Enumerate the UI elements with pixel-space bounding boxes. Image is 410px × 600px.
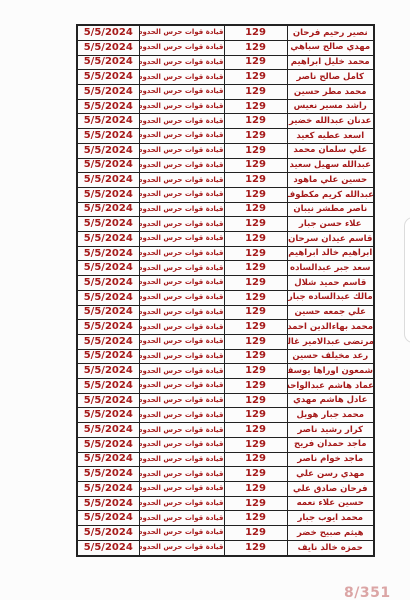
date-cell: 5/5/2024 <box>77 511 139 526</box>
date-cell: 5/5/2024 <box>77 467 139 482</box>
name-cell: علي جمعه حسين <box>287 305 374 320</box>
unit-cell: قيادة قوات حرس الحدود <box>139 540 224 556</box>
table-row: 5/5/2024 قيادة قوات حرس الحدود 129 عبدال… <box>77 158 374 173</box>
unit-cell: قيادة قوات حرس الحدود <box>139 379 224 394</box>
table-row: 5/5/2024 قيادة قوات حرس الحدود 129 محمد … <box>77 320 374 335</box>
name-cell: شمعون اوراها يوسف <box>287 364 374 379</box>
name-cell: محمد خليل ابراهيم <box>287 55 374 70</box>
table-row: 5/5/2024 قيادة قوات حرس الحدود 129 محمد … <box>77 84 374 99</box>
table-row: 5/5/2024 قيادة قوات حرس الحدود 129 علي س… <box>77 143 374 158</box>
number-cell: 129 <box>224 496 287 511</box>
unit-cell: قيادة قوات حرس الحدود <box>139 349 224 364</box>
table-row: 5/5/2024 قيادة قوات حرس الحدود 129 علي ج… <box>77 305 374 320</box>
date-cell: 5/5/2024 <box>77 55 139 70</box>
number-cell: 129 <box>224 261 287 276</box>
number-cell: 129 <box>224 526 287 541</box>
unit-cell: قيادة قوات حرس الحدود <box>139 393 224 408</box>
table-row: 5/5/2024 قيادة قوات حرس الحدود 129 ناصر … <box>77 202 374 217</box>
unit-cell: قيادة قوات حرس الحدود <box>139 437 224 452</box>
unit-cell: قيادة قوات حرس الحدود <box>139 143 224 158</box>
date-cell: 5/5/2024 <box>77 25 139 40</box>
table-row: 5/5/2024 قيادة قوات حرس الحدود 129 قاسم … <box>77 276 374 291</box>
date-cell: 5/5/2024 <box>77 158 139 173</box>
name-cell: محمد ايوب جبار <box>287 511 374 526</box>
table-row: 5/5/2024 قيادة قوات حرس الحدود 129 كامل … <box>77 70 374 85</box>
unit-cell: قيادة قوات حرس الحدود <box>139 261 224 276</box>
roster-body: 5/5/2024 قيادة قوات حرس الحدود 129 نصير … <box>77 25 374 556</box>
number-cell: 129 <box>224 25 287 40</box>
number-cell: 129 <box>224 187 287 202</box>
table-row: 5/5/2024 قيادة قوات حرس الحدود 129 قاسم … <box>77 232 374 247</box>
table-row: 5/5/2024 قيادة قوات حرس الحدود 129 مهدي … <box>77 40 374 55</box>
unit-cell: قيادة قوات حرس الحدود <box>139 408 224 423</box>
table-row: 5/5/2024 قيادة قوات حرس الحدود 129 حسين … <box>77 173 374 188</box>
number-cell: 129 <box>224 379 287 394</box>
number-cell: 129 <box>224 55 287 70</box>
unit-cell: قيادة قوات حرس الحدود <box>139 246 224 261</box>
unit-cell: قيادة قوات حرس الحدود <box>139 496 224 511</box>
date-cell: 5/5/2024 <box>77 84 139 99</box>
unit-cell: قيادة قوات حرس الحدود <box>139 99 224 114</box>
table-row: 5/5/2024 قيادة قوات حرس الحدود 129 حسين … <box>77 496 374 511</box>
name-cell: محمد مطر حسين <box>287 84 374 99</box>
table-row: 5/5/2024 قيادة قوات حرس الحدود 129 محمد … <box>77 511 374 526</box>
name-cell: محمد بهاءالدين احمد <box>287 320 374 335</box>
table-row: 5/5/2024 قيادة قوات حرس الحدود 129 نصير … <box>77 25 374 40</box>
name-cell: قاسم عيدان سرحان <box>287 232 374 247</box>
name-cell: هيثم صبيح خضر <box>287 526 374 541</box>
unit-cell: قيادة قوات حرس الحدود <box>139 334 224 349</box>
name-cell: فرحان صادق علي <box>287 481 374 496</box>
unit-cell: قيادة قوات حرس الحدود <box>139 364 224 379</box>
date-cell: 5/5/2024 <box>77 437 139 452</box>
name-cell: ماجد خوام ناصر <box>287 452 374 467</box>
table-row: 5/5/2024 قيادة قوات حرس الحدود 129 راشد … <box>77 99 374 114</box>
table-row: 5/5/2024 قيادة قوات حرس الحدود 129 ماجد … <box>77 452 374 467</box>
name-cell: ابراهيم خالد ابراهيم <box>287 246 374 261</box>
number-cell: 129 <box>224 202 287 217</box>
date-cell: 5/5/2024 <box>77 305 139 320</box>
date-cell: 5/5/2024 <box>77 276 139 291</box>
table-row: 5/5/2024 قيادة قوات حرس الحدود 129 هيثم … <box>77 526 374 541</box>
date-cell: 5/5/2024 <box>77 143 139 158</box>
name-cell: قاسم حميد شلال <box>287 276 374 291</box>
table-row: 5/5/2024 قيادة قوات حرس الحدود 129 رعد م… <box>77 349 374 364</box>
table-row: 5/5/2024 قيادة قوات حرس الحدود 129 عادل … <box>77 393 374 408</box>
unit-cell: قيادة قوات حرس الحدود <box>139 158 224 173</box>
name-cell: محمد جبار هويل <box>287 408 374 423</box>
unit-cell: قيادة قوات حرس الحدود <box>139 84 224 99</box>
table-row: 5/5/2024 قيادة قوات حرس الحدود 129 عدنان… <box>77 114 374 129</box>
roster-table: 5/5/2024 قيادة قوات حرس الحدود 129 نصير … <box>76 24 375 557</box>
name-cell: عدنان عبدالله خضير <box>287 114 374 129</box>
name-cell: كرار رشيد ناصر <box>287 423 374 438</box>
unit-cell: قيادة قوات حرس الحدود <box>139 526 224 541</box>
table-row: 5/5/2024 قيادة قوات حرس الحدود 129 عبدال… <box>77 187 374 202</box>
name-cell: مالك عبدالساده جبار <box>287 290 374 305</box>
unit-cell: قيادة قوات حرس الحدود <box>139 452 224 467</box>
name-cell: عبدالله كريم مكطوف <box>287 187 374 202</box>
number-cell: 129 <box>224 143 287 158</box>
unit-cell: قيادة قوات حرس الحدود <box>139 467 224 482</box>
name-cell: علاء حسن جبار <box>287 217 374 232</box>
table-row: 5/5/2024 قيادة قوات حرس الحدود 129 ابراه… <box>77 246 374 261</box>
name-cell: نصير رحيم فرحان <box>287 25 374 40</box>
unit-cell: قيادة قوات حرس الحدود <box>139 70 224 85</box>
unit-cell: قيادة قوات حرس الحدود <box>139 217 224 232</box>
number-cell: 129 <box>224 173 287 188</box>
unit-cell: قيادة قوات حرس الحدود <box>139 511 224 526</box>
name-cell: رعد مخيلف حسين <box>287 349 374 364</box>
number-cell: 129 <box>224 334 287 349</box>
number-cell: 129 <box>224 84 287 99</box>
number-cell: 129 <box>224 452 287 467</box>
number-cell: 129 <box>224 364 287 379</box>
number-cell: 129 <box>224 114 287 129</box>
date-cell: 5/5/2024 <box>77 202 139 217</box>
unit-cell: قيادة قوات حرس الحدود <box>139 481 224 496</box>
unit-cell: قيادة قوات حرس الحدود <box>139 40 224 55</box>
unit-cell: قيادة قوات حرس الحدود <box>139 187 224 202</box>
number-cell: 129 <box>224 467 287 482</box>
number-cell: 129 <box>224 481 287 496</box>
date-cell: 5/5/2024 <box>77 379 139 394</box>
table-row: 5/5/2024 قيادة قوات حرس الحدود 129 كرار … <box>77 423 374 438</box>
date-cell: 5/5/2024 <box>77 99 139 114</box>
number-cell: 129 <box>224 349 287 364</box>
number-cell: 129 <box>224 246 287 261</box>
name-cell: حمزه خالد نايف <box>287 540 374 556</box>
date-cell: 5/5/2024 <box>77 320 139 335</box>
unit-cell: قيادة قوات حرس الحدود <box>139 290 224 305</box>
number-cell: 129 <box>224 232 287 247</box>
number-cell: 129 <box>224 423 287 438</box>
scanned-roster-page: 5/5/2024 قيادة قوات حرس الحدود 129 نصير … <box>0 0 410 600</box>
date-cell: 5/5/2024 <box>77 540 139 556</box>
table-row: 5/5/2024 قيادة قوات حرس الحدود 129 حمزه … <box>77 540 374 556</box>
unit-cell: قيادة قوات حرس الحدود <box>139 423 224 438</box>
table-row: 5/5/2024 قيادة قوات حرس الحدود 129 علاء … <box>77 217 374 232</box>
date-cell: 5/5/2024 <box>77 173 139 188</box>
name-cell: حسين علاء نعمه <box>287 496 374 511</box>
date-cell: 5/5/2024 <box>77 129 139 144</box>
number-cell: 129 <box>224 393 287 408</box>
table-row: 5/5/2024 قيادة قوات حرس الحدود 129 مالك … <box>77 290 374 305</box>
date-cell: 5/5/2024 <box>77 408 139 423</box>
date-cell: 5/5/2024 <box>77 40 139 55</box>
date-cell: 5/5/2024 <box>77 496 139 511</box>
name-cell: ناصر مطشر نيبان <box>287 202 374 217</box>
date-cell: 5/5/2024 <box>77 364 139 379</box>
unit-cell: قيادة قوات حرس الحدود <box>139 305 224 320</box>
number-cell: 129 <box>224 320 287 335</box>
name-cell: اسعد عطيه كعيد <box>287 129 374 144</box>
name-cell: عبدالله سهيل سعيد <box>287 158 374 173</box>
table-row: 5/5/2024 قيادة قوات حرس الحدود 129 محمد … <box>77 55 374 70</box>
name-cell: عادل هاشم مهدي <box>287 393 374 408</box>
date-cell: 5/5/2024 <box>77 217 139 232</box>
name-cell: سعد جبر عبدالساده <box>287 261 374 276</box>
number-cell: 129 <box>224 408 287 423</box>
number-cell: 129 <box>224 305 287 320</box>
date-cell: 5/5/2024 <box>77 246 139 261</box>
table-row: 5/5/2024 قيادة قوات حرس الحدود 129 اسعد … <box>77 129 374 144</box>
date-cell: 5/5/2024 <box>77 114 139 129</box>
unit-cell: قيادة قوات حرس الحدود <box>139 129 224 144</box>
table-row: 5/5/2024 قيادة قوات حرس الحدود 129 سعد ج… <box>77 261 374 276</box>
unit-cell: قيادة قوات حرس الحدود <box>139 173 224 188</box>
unit-cell: قيادة قوات حرس الحدود <box>139 320 224 335</box>
number-cell: 129 <box>224 99 287 114</box>
number-cell: 129 <box>224 217 287 232</box>
table-row: 5/5/2024 قيادة قوات حرس الحدود 129 شمعون… <box>77 364 374 379</box>
date-cell: 5/5/2024 <box>77 452 139 467</box>
name-cell: حسين علي ماهود <box>287 173 374 188</box>
number-cell: 129 <box>224 437 287 452</box>
name-cell: مرتضى عبدالامير غالي <box>287 334 374 349</box>
date-cell: 5/5/2024 <box>77 423 139 438</box>
number-cell: 129 <box>224 158 287 173</box>
unit-cell: قيادة قوات حرس الحدود <box>139 276 224 291</box>
date-cell: 5/5/2024 <box>77 261 139 276</box>
unit-cell: قيادة قوات حرس الحدود <box>139 114 224 129</box>
unit-cell: قيادة قوات حرس الحدود <box>139 202 224 217</box>
date-cell: 5/5/2024 <box>77 187 139 202</box>
number-cell: 129 <box>224 511 287 526</box>
date-cell: 5/5/2024 <box>77 526 139 541</box>
table-row: 5/5/2024 قيادة قوات حرس الحدود 129 ماجد … <box>77 437 374 452</box>
name-cell: عماد هاشم عبدالواحد <box>287 379 374 394</box>
table-row: 5/5/2024 قيادة قوات حرس الحدود 129 مرتضى… <box>77 334 374 349</box>
unit-cell: قيادة قوات حرس الحدود <box>139 25 224 40</box>
unit-cell: قيادة قوات حرس الحدود <box>139 232 224 247</box>
number-cell: 129 <box>224 70 287 85</box>
table-row: 5/5/2024 قيادة قوات حرس الحدود 129 مهدي … <box>77 467 374 482</box>
date-cell: 5/5/2024 <box>77 349 139 364</box>
scrollbar-thumb[interactable] <box>404 217 410 343</box>
number-cell: 129 <box>224 540 287 556</box>
date-cell: 5/5/2024 <box>77 232 139 247</box>
date-cell: 5/5/2024 <box>77 334 139 349</box>
unit-cell: قيادة قوات حرس الحدود <box>139 55 224 70</box>
name-cell: راشد مسير نعيس <box>287 99 374 114</box>
date-cell: 5/5/2024 <box>77 290 139 305</box>
number-cell: 129 <box>224 129 287 144</box>
table-row: 5/5/2024 قيادة قوات حرس الحدود 129 فرحان… <box>77 481 374 496</box>
name-cell: مهدي رسن علي <box>287 467 374 482</box>
date-cell: 5/5/2024 <box>77 393 139 408</box>
table-row: 5/5/2024 قيادة قوات حرس الحدود 129 محمد … <box>77 408 374 423</box>
date-cell: 5/5/2024 <box>77 70 139 85</box>
name-cell: مهدي صالح سباهي <box>287 40 374 55</box>
name-cell: كامل صالح ناصر <box>287 70 374 85</box>
number-cell: 129 <box>224 290 287 305</box>
number-cell: 129 <box>224 40 287 55</box>
date-cell: 5/5/2024 <box>77 481 139 496</box>
table-row: 5/5/2024 قيادة قوات حرس الحدود 129 عماد … <box>77 379 374 394</box>
number-cell: 129 <box>224 276 287 291</box>
name-cell: ماجد حمدان فريح <box>287 437 374 452</box>
name-cell: علي سلمان محمد <box>287 143 374 158</box>
page-indicator: 8/351 <box>344 585 391 600</box>
